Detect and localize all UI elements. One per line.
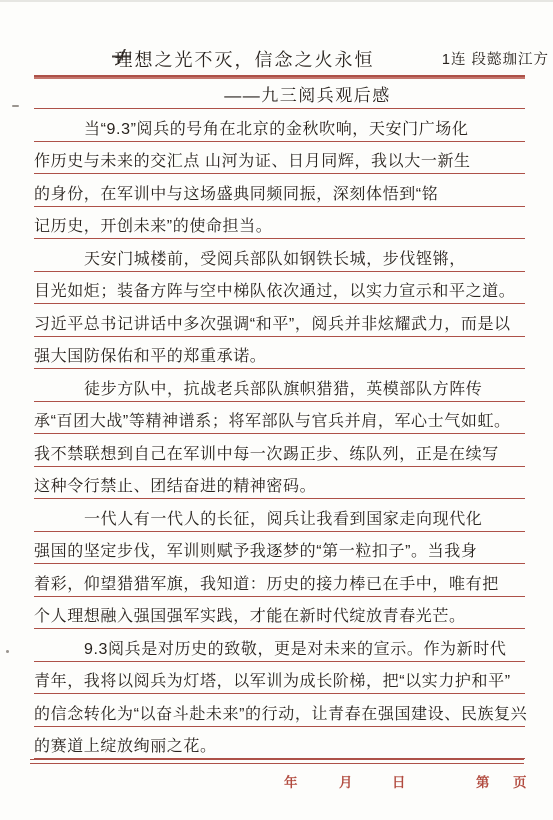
essay-line: 作历史与未来的交汇点 山河为证、日月同辉，我以大一新生	[34, 148, 471, 171]
essay-line: 承“百团大战”等精神谱系；将军部队与官兵并肩，军心士气如虹。	[34, 408, 511, 431]
title-row: 理想之光不灭，信念之火永恒 1连 段懿珈江方	[34, 43, 525, 77]
essay-line-row: 记历史，开创未来”的使命担当。	[34, 207, 525, 240]
essay-line: 强国的坚定步伐，军训则赋予我逐梦的“第一粒扣子”。当我身	[34, 538, 477, 561]
footer-year-label: 年	[284, 771, 298, 791]
essay-line: 习近平总书记讲话中多次强调“和平”，阅兵并非炫耀武力，而是以	[34, 311, 511, 334]
ink-speck	[12, 105, 19, 107]
essay-line-row: 习近平总书记讲话中多次强调“和平”，阅兵并非炫耀武力，而是以	[34, 304, 525, 337]
essay-line: 的信念转化为“以奋斗赴未来”的行动，让青春在强国建设、民族复兴	[34, 701, 527, 724]
essay-line-row: 的身份，在军训中与这场盛典同频同振，深刻体悟到“铭	[34, 174, 525, 207]
title-text: 理想之光不灭，信念之火永恒	[115, 50, 375, 70]
footer-month-label: 月	[339, 771, 353, 791]
ink-speck	[6, 650, 9, 653]
essay-line-row: 的赛道上绽放绚丽之花。	[34, 727, 525, 760]
essay-line-row: 个人理想融入强国强军实践，才能在新时代绽放青春光芒。	[34, 597, 525, 630]
essay-title: 理想之光不灭，信念之火永恒	[115, 46, 375, 72]
essay-line: 一代人有一代人的长征，阅兵让我看到国家走向现代化	[84, 506, 482, 529]
handwritten-essay-page: 理想之光不灭，信念之火永恒 1连 段懿珈江方 ——九三阅兵观后感 当“9.3”阅…	[0, 0, 553, 820]
essay-line-row: 作历史与未来的交汇点 山河为证、日月同辉，我以大一新生	[34, 142, 525, 175]
essay-line: 9.3阅兵是对历史的致敬，更是对未来的宣示。作为新时代	[84, 636, 506, 659]
essay-line: 青年，我将以阅兵为灯塔，以军训为成长阶梯，把“以实力护和平”	[34, 668, 511, 691]
footer-day-label: 日	[392, 771, 406, 791]
correction-scribble	[112, 49, 131, 64]
footer-rule	[30, 759, 524, 764]
essay-line: 徒步方队中，抗战老兵部队旗帜猎猎，英模部队方阵传	[84, 376, 482, 399]
essay-line-row: 承“百团大战”等精神谱系；将军部队与官兵并肩，军心士气如虹。	[34, 402, 525, 435]
subtitle-row: ——九三阅兵观后感	[34, 77, 525, 110]
essay-subtitle: ——九三阅兵观后感	[224, 81, 391, 106]
essay-line: 个人理想融入强国强军实践，才能在新时代绽放青春光芒。	[34, 603, 466, 626]
footer-date-page: 年 月 日 第 页	[0, 771, 553, 791]
footer-page-prefix: 第	[476, 771, 490, 791]
essay-line-row: 着彩，仰望猎猎军旗，我知道：历史的接力棒已在手中，唯有把	[34, 564, 525, 597]
byline: 1连 段懿珈江方	[442, 48, 549, 69]
essay-line-row: 目光如炬；装备方阵与空中梯队依次通过，以实力宣示和平之道。	[34, 272, 525, 305]
essay-line: 当“9.3”阅兵的号角在北京的金秋吹响，天安门广场化	[84, 116, 469, 139]
essay-line-row: 强大国防保佑和平的郑重承诺。	[34, 337, 525, 370]
essay-line-row: 徒步方队中，抗战老兵部队旗帜猎猎，英模部队方阵传	[34, 369, 525, 402]
essay-line: 着彩，仰望猎猎军旗，我知道：历史的接力棒已在手中，唯有把	[34, 571, 499, 594]
essay-line-row: 青年，我将以阅兵为灯塔，以军训为成长阶梯，把“以实力护和平”	[34, 662, 525, 695]
essay-line-row: 当“9.3”阅兵的号角在北京的金秋吹响，天安门广场化	[34, 109, 525, 142]
essay-line: 我不禁联想到自己在军训中每一次踢正步、练队列，正是在续写	[34, 441, 499, 464]
essay-line: 记历史，开创未来”的使命担当。	[34, 213, 272, 236]
essay-line-row: 的信念转化为“以奋斗赴未来”的行动，让青春在强国建设、民族复兴	[34, 694, 525, 727]
essay-line: 天安门城楼前，受阅兵部队如钢铁长城，步伐铿锵，	[84, 246, 466, 269]
essay-line-row: 天安门城楼前，受阅兵部队如钢铁长城，步伐铿锵，	[34, 239, 525, 272]
ruled-area: 理想之光不灭，信念之火永恒 1连 段懿珈江方 ——九三阅兵观后感 当“9.3”阅…	[34, 43, 525, 759]
essay-line: 的赛道上绽放绚丽之花。	[34, 733, 217, 756]
essay-line-row: 强国的坚定步伐，军训则赋予我逐梦的“第一粒扣子”。当我身	[34, 532, 525, 565]
essay-line-row: 我不禁联想到自己在军训中每一次踢正步、练队列，正是在续写	[34, 434, 525, 467]
footer-page-suffix: 页	[513, 771, 527, 791]
essay-line-row: 9.3阅兵是对历史的致敬，更是对未来的宣示。作为新时代	[34, 629, 525, 662]
essay-line: 这种令行禁止、团结奋进的精神密码。	[34, 473, 316, 496]
essay-line-row: 这种令行禁止、团结奋进的精神密码。	[34, 467, 525, 500]
essay-line: 目光如炬；装备方阵与空中梯队依次通过，以实力宣示和平之道。	[34, 278, 515, 301]
essay-line: 强大国防保佑和平的郑重承诺。	[34, 343, 266, 366]
essay-line-row: 一代人有一代人的长征，阅兵让我看到国家走向现代化	[34, 499, 525, 532]
essay-line: 的身份，在军训中与这场盛典同频同振，深刻体悟到“铭	[34, 181, 438, 204]
